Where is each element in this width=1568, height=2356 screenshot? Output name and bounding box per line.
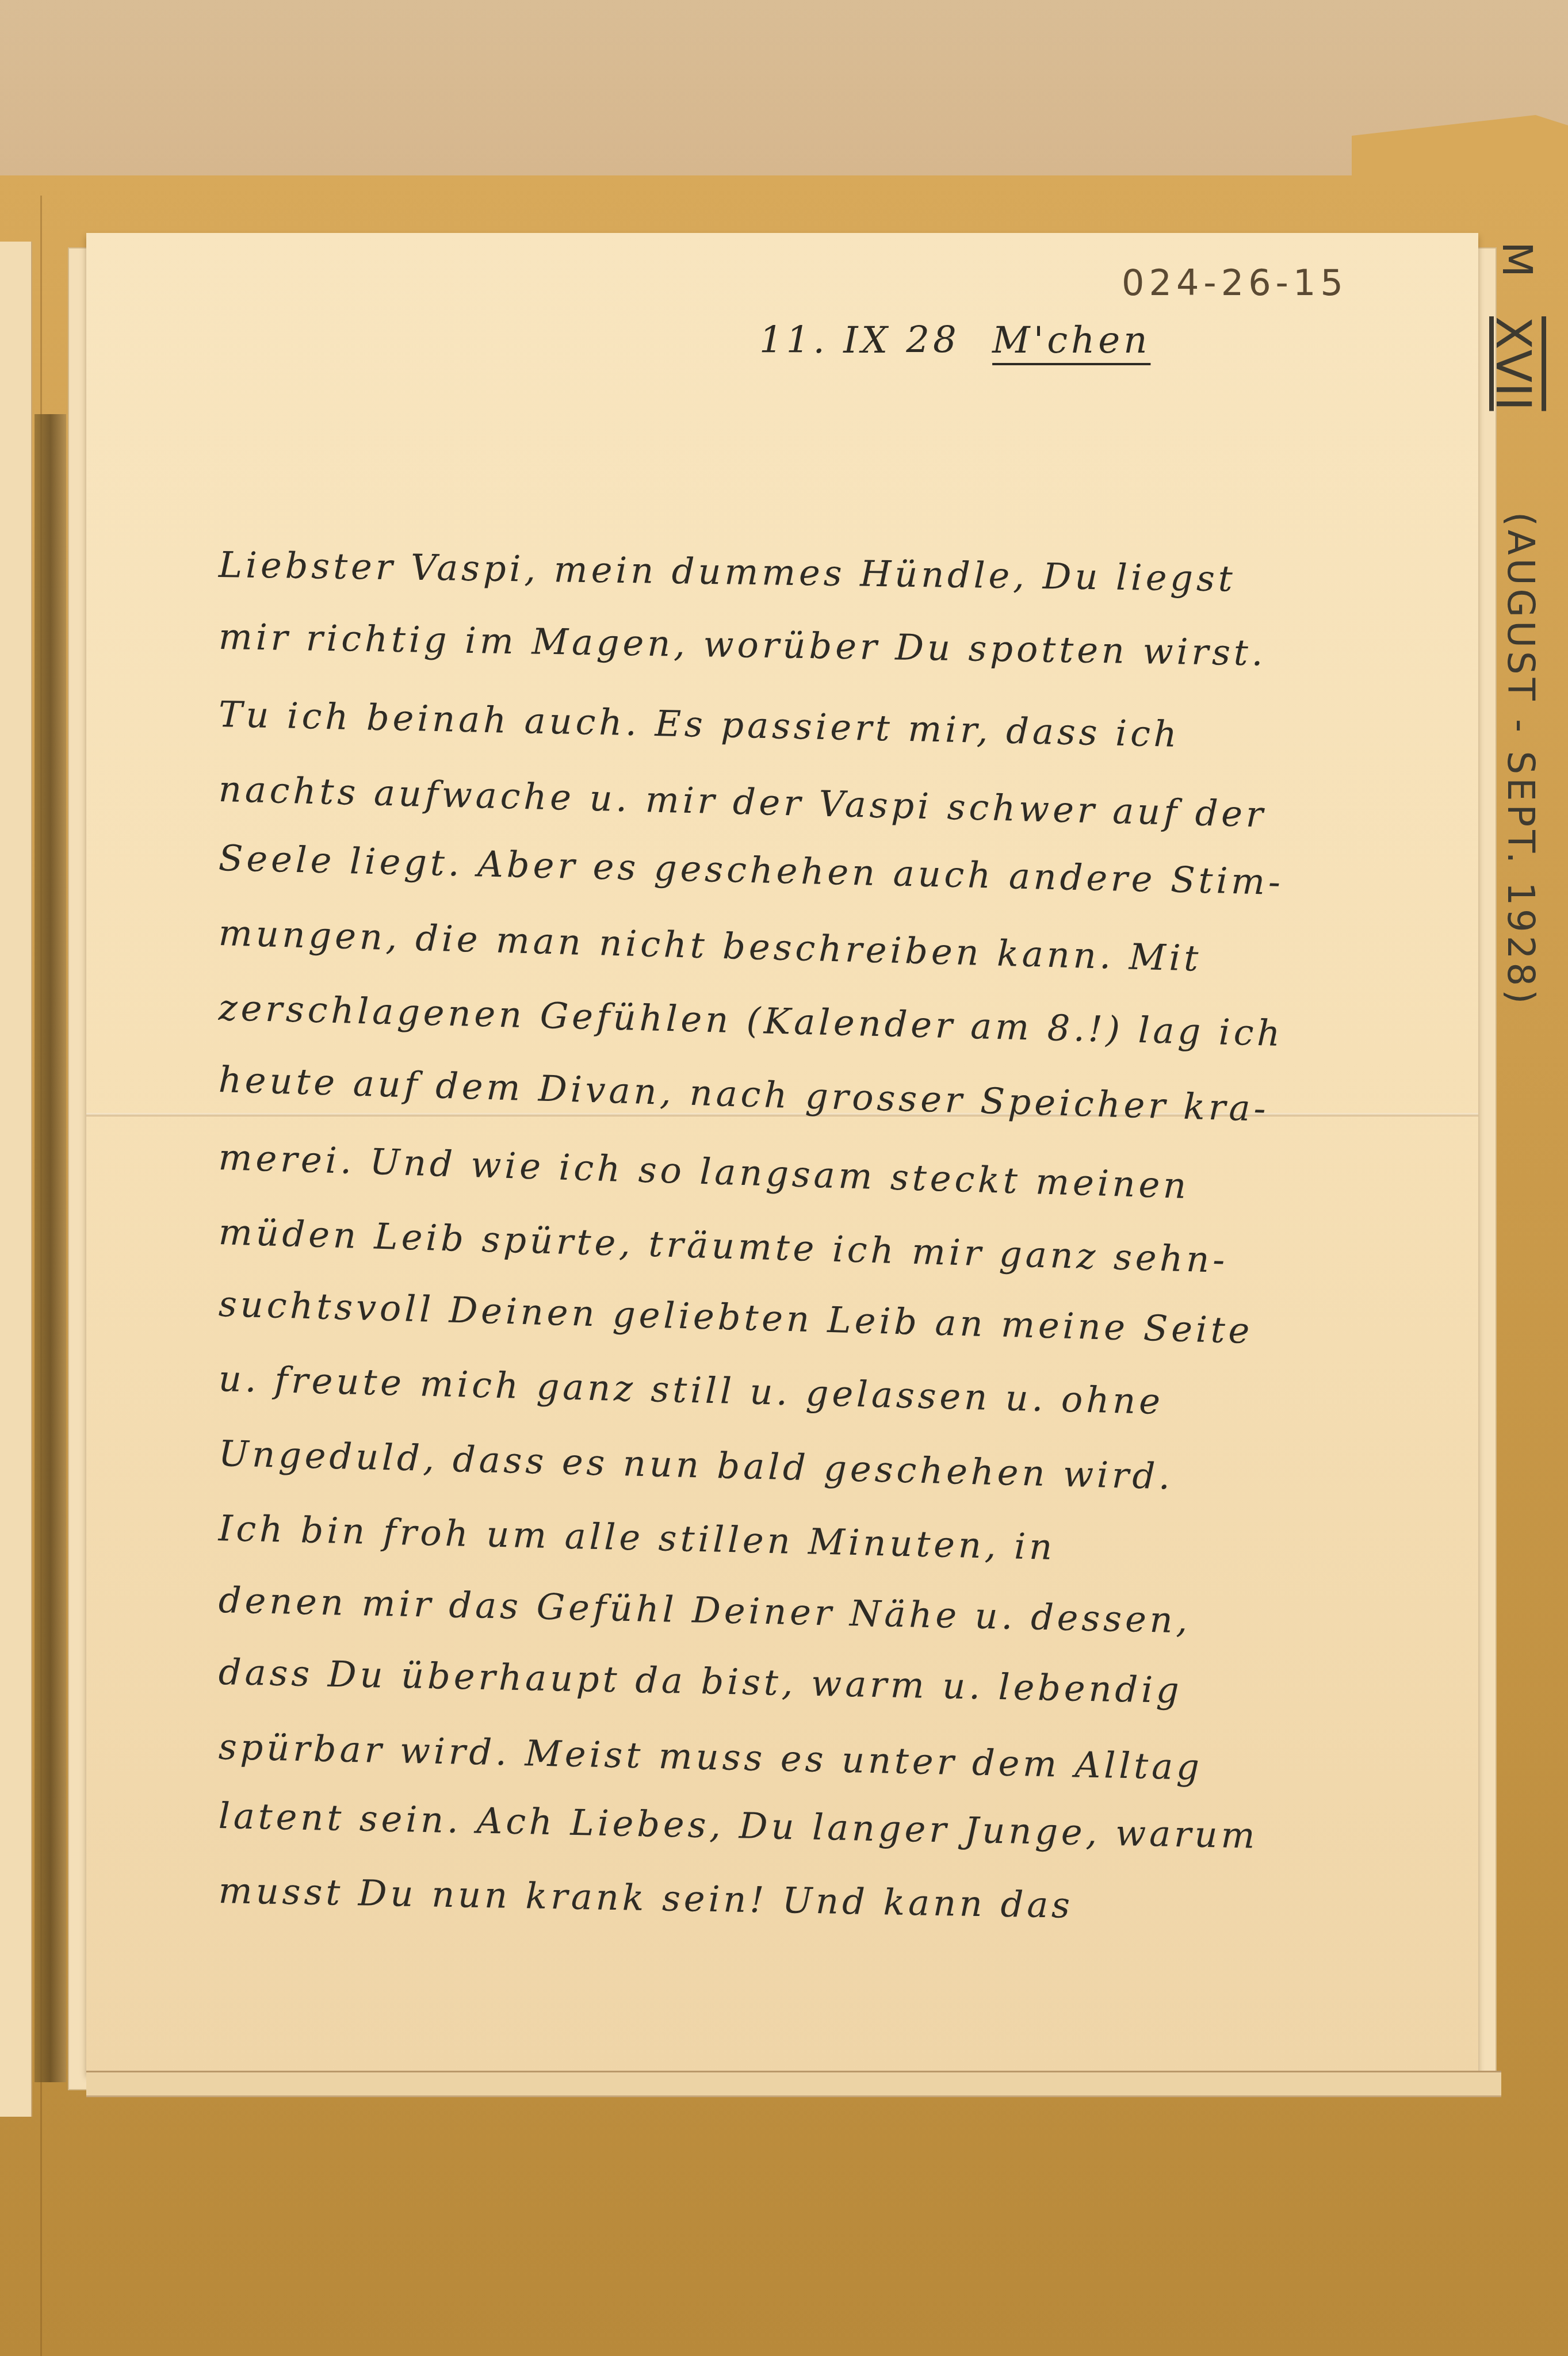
archive-number: 024-26-15: [1122, 262, 1348, 304]
sheet-bottom-edges: [86, 2071, 1501, 2097]
spine-volume: XVII: [1485, 316, 1542, 411]
spine-letter: M: [1493, 242, 1542, 277]
letter-dateline: 11. IX 28 M'chen: [759, 319, 1150, 362]
stack-sheet: [8, 242, 32, 2117]
spine-date-range: (AUGUST - SEPT. 1928): [1499, 512, 1542, 1007]
stack-shadow: [35, 414, 66, 2082]
letter-place: M'chen: [992, 319, 1150, 362]
table-backdrop: [0, 0, 1568, 196]
letter-date: 11. IX 28: [759, 319, 960, 362]
